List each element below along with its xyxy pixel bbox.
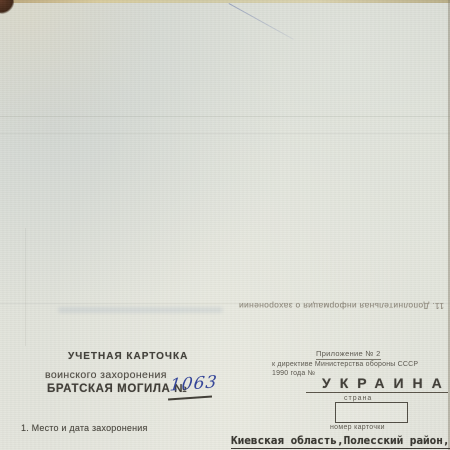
country-value: УКРАИНА bbox=[322, 375, 450, 391]
appendix-line-2: к директиве Министерства обороны СССР bbox=[272, 361, 418, 368]
corner-stain bbox=[0, 0, 14, 14]
country-caption: страна bbox=[344, 395, 372, 402]
appendix-line-1: Приложение № 2 bbox=[316, 349, 381, 360]
section-1-label: 1. Место и дата захоронения bbox=[21, 423, 148, 433]
appendix-line-3: 1990 года № bbox=[272, 370, 315, 377]
grave-label: БРАТСКАЯ МОГИЛА № bbox=[47, 383, 188, 395]
card-title: УЧЕТНАЯ КАРТОЧКА bbox=[68, 351, 188, 362]
blue-pen-scratch bbox=[229, 3, 294, 40]
location-line: Киевская область,Полесский район, bbox=[231, 434, 450, 449]
scanned-card: 11. Дополнительная информация о захороне… bbox=[0, 0, 450, 450]
card-number-caption: номер карточки bbox=[330, 424, 385, 431]
ink-bleed-smudge bbox=[58, 307, 223, 313]
card-number-box bbox=[335, 402, 408, 423]
paper-top-edge bbox=[0, 0, 450, 3]
grave-number-underline bbox=[168, 395, 212, 400]
vertical-crease bbox=[25, 228, 26, 346]
fold-line bbox=[0, 116, 450, 117]
card-subtitle: воинского захоронения bbox=[45, 369, 167, 381]
back-side-section-title: 11. Дополнительная информация о захороне… bbox=[212, 301, 444, 311]
grave-number-handwritten: 1063 bbox=[169, 372, 219, 395]
country-underline bbox=[306, 392, 448, 393]
fold-line bbox=[0, 133, 450, 134]
